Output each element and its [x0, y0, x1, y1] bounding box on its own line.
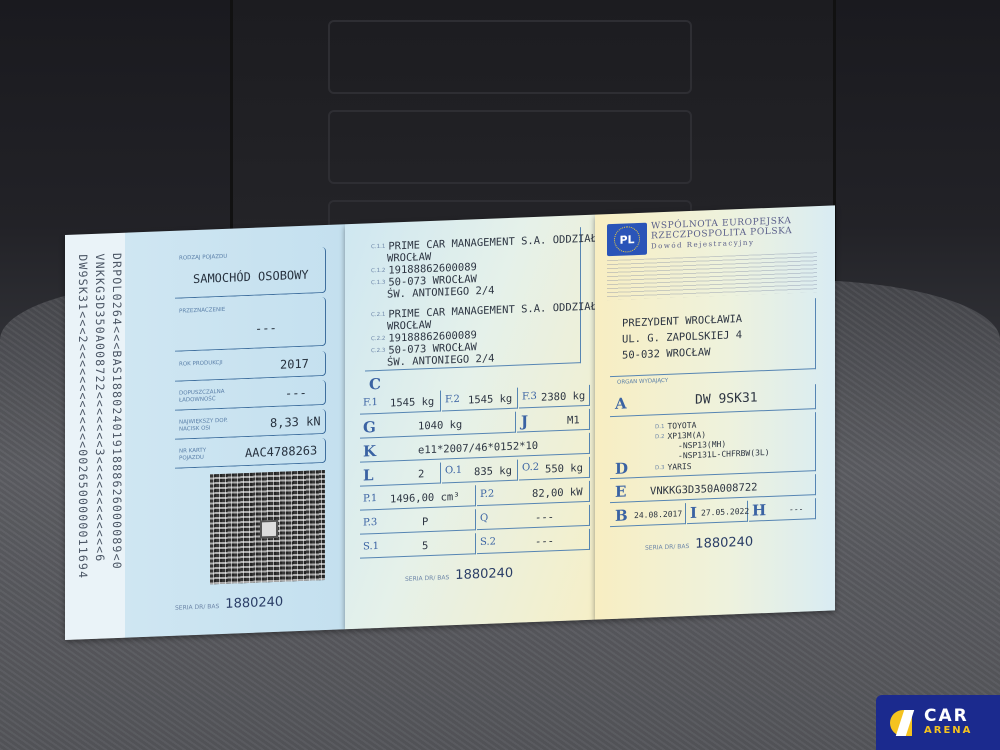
field-q: Q --- — [477, 505, 590, 530]
vehicle-card-number-field: NR KARTY POJAZDU AAC4788263 — [175, 438, 326, 469]
right-panel: PL WSPÓLNOTA EUROPEJSKA RZECZPOSPOLITA P… — [595, 205, 835, 619]
mrz-line: DRPOL0264<<<BAS1880240191888626000089<0 — [108, 253, 125, 634]
middle-panel: C.1.1PRIME CAR MANAGEMENT S.A. ODDZIAŁ W… — [345, 215, 595, 630]
holder-owner-box: C.1.1PRIME CAR MANAGEMENT S.A. ODDZIAŁ W… — [365, 227, 581, 371]
console-slot — [328, 20, 692, 94]
vehicle-type-field: RODZAJ POJAZDU SAMOCHÓD OSOBOWY — [175, 247, 326, 299]
field-p1: P.1 1496,00 cm³ — [360, 485, 476, 510]
console-slot — [328, 110, 692, 184]
field-i-issue-date: I 27.05.2022 — [687, 501, 748, 524]
field-s2: S.2 --- — [477, 529, 590, 554]
document-header: WSPÓLNOTA EUROPEJSKA RZECZPOSPOLITA POLS… — [651, 216, 792, 251]
series-number: SERIA DR/ BAS1880240 — [175, 595, 283, 614]
mrz-zone: DRPOL0264<<<BAS1880240191888626000089<0 … — [69, 253, 125, 635]
field-f3: F.3 2380 kg — [519, 385, 590, 409]
issuer-box: PREZYDENT WROCŁAWIA UL. G. ZAPOLSKIEJ 4 … — [610, 298, 816, 377]
series-number: SERIA DR/ BAS1880240 — [405, 566, 513, 585]
registration-certificate: DRPOL0264<<<BAS1880240191888626000089<0 … — [65, 205, 835, 640]
field-s1: S.1 5 — [360, 533, 476, 558]
production-year-field: ROK PRODUKCJI 2017 — [175, 351, 326, 382]
field-a-registration-number: A DW 9SK31 — [610, 384, 816, 417]
field-j: J M1 — [517, 409, 590, 433]
field-f1: F.1 1545 kg — [360, 391, 441, 415]
car-arena-logo-icon — [890, 708, 916, 738]
mrz-line: VNKKG3D350A008722<<<<<<<3<<<<<<<<<<<<6 — [91, 253, 108, 634]
field-o1: O.1 835 kg — [442, 460, 518, 484]
mrz-line: DW9SK31<<<2<<<<<<<<<<<<<0026500000011694 — [74, 254, 91, 635]
legal-fine-print — [607, 252, 817, 300]
field-o2: O.2 550 kg — [519, 457, 590, 481]
field-p3: P.3 P — [360, 509, 476, 534]
field-f2: F.2 1545 kg — [442, 388, 518, 412]
axle-load-field: NAJWIĘKSZY DOP. NACISK OSI 8,33 kN — [175, 409, 326, 440]
eu-pl-flag-icon: PL — [607, 223, 647, 257]
field-d-make-model: D.1TOYOTA D.2XP13M(A) -NSP13(MH) -NSP131… — [610, 412, 816, 479]
field-l: L 2 — [360, 463, 441, 487]
payload-field: DOPUSZCZALNA ŁADOWNOŚĆ --- — [175, 380, 326, 411]
series-number: SERIA DR/ BAS1880240 — [645, 535, 753, 554]
purpose-field: PRZEZNACZENIE --- — [175, 297, 326, 352]
field-b-first-registration: B 24.08.2017 — [610, 503, 686, 527]
field-p2: P.2 82,00 kW — [477, 481, 590, 506]
section-c-label: C — [369, 375, 381, 393]
field-g: G 1040 kg — [360, 412, 516, 439]
field-h-validity: H --- — [749, 498, 816, 522]
aztec-barcode — [210, 470, 325, 584]
left-panel: DRPOL0264<<<BAS1880240191888626000089<0 … — [65, 224, 345, 640]
car-arena-watermark: CAR ARENA — [876, 695, 1000, 750]
